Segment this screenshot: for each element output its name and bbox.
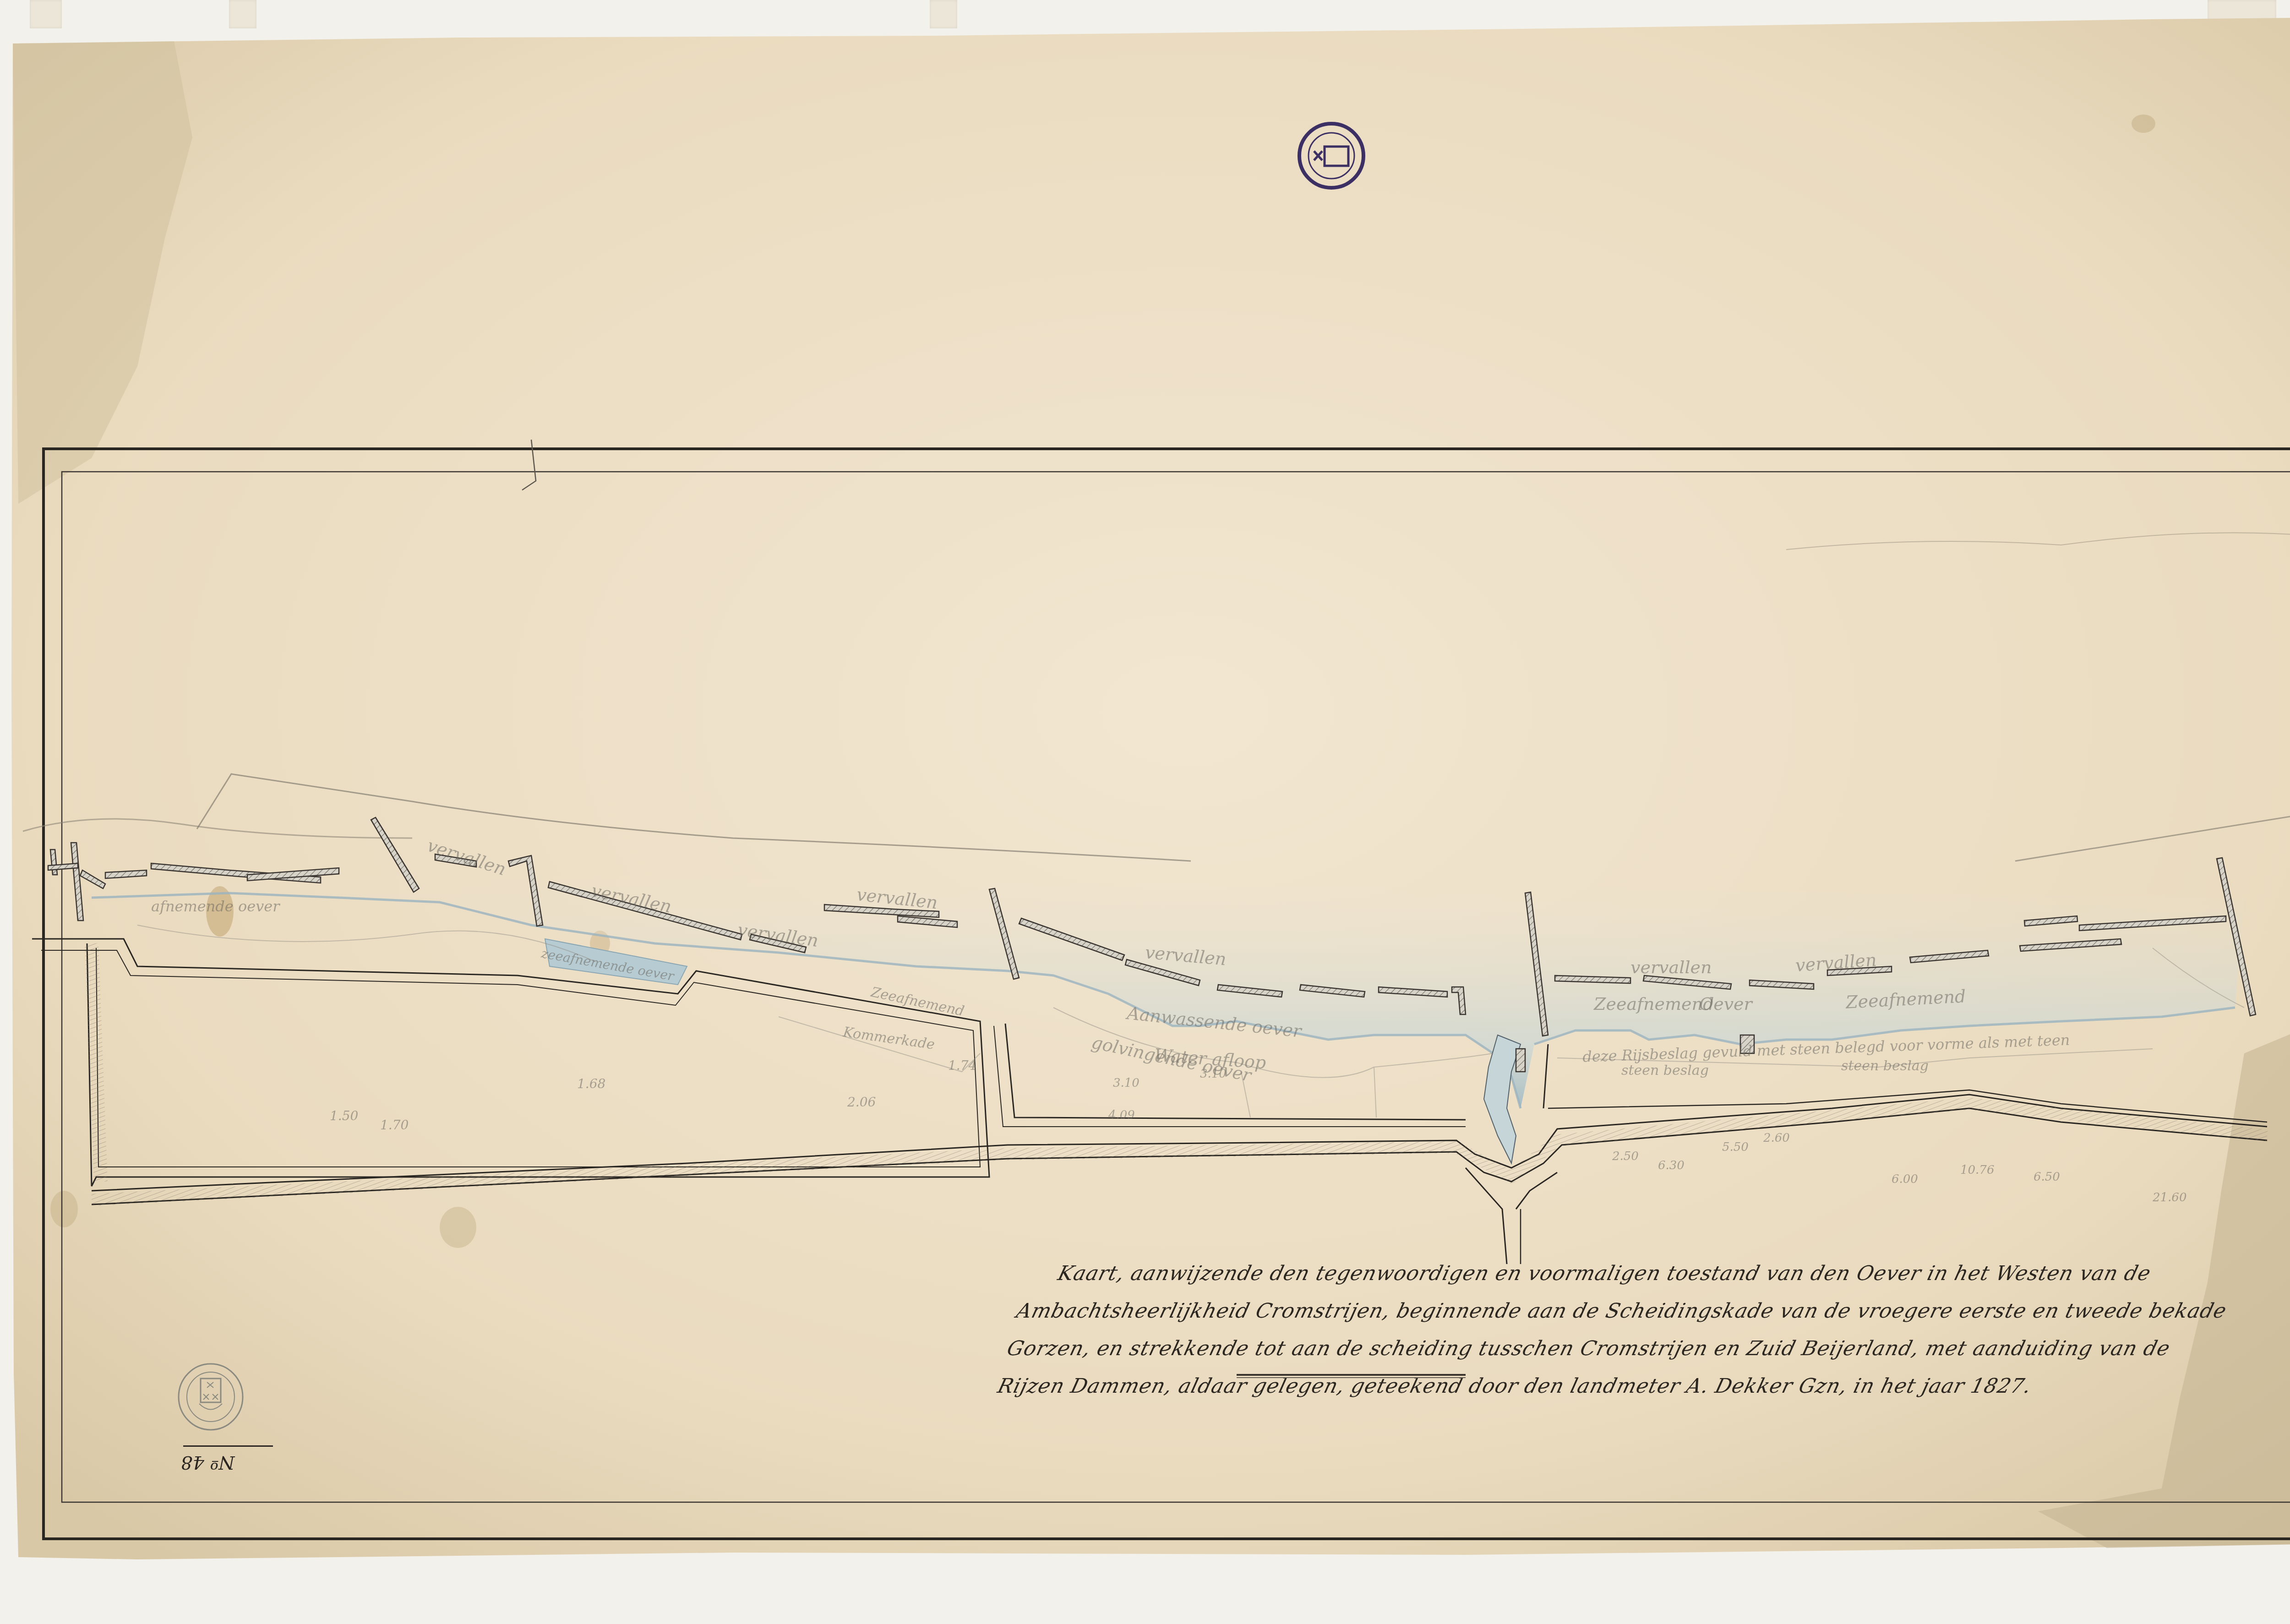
stain-spot <box>50 1191 78 1227</box>
sounding-value: 1.70 <box>380 1117 409 1133</box>
title-line: Ambachtsheerlijkheid Cromstrijen, beginn… <box>1012 1292 1722 1330</box>
sounding-value: 21.60 <box>2153 1191 2186 1204</box>
stain-spot <box>2132 114 2155 133</box>
pencil-annotation: vervallen <box>1630 957 1712 977</box>
sounding-value: 1.50 <box>330 1108 358 1123</box>
pencil-annotation: Oever <box>1699 994 1752 1014</box>
pencil-annotation: afnemende oever <box>151 898 279 915</box>
title-underline <box>1237 1374 1466 1378</box>
sounding-value: 6.00 <box>1892 1172 1918 1186</box>
sounding-value: 6.30 <box>1658 1159 1685 1172</box>
sounding-value: 2.06 <box>847 1095 876 1110</box>
map-sheet: vervallen vervallen vervallen vervallen … <box>0 0 2290 1624</box>
sounding-value: 2.50 <box>1612 1150 1639 1163</box>
sounding-value: 2.60 <box>1763 1131 1790 1145</box>
title-cartouche: Kaart, aanwijzende den tegenwoordigen en… <box>1007 1255 1732 1405</box>
archive-rule <box>183 1445 273 1447</box>
title-line: Gorzen, en strekkende tot aan de scheidi… <box>1003 1330 1713 1368</box>
groyne <box>1516 1049 1525 1072</box>
sounding-value: 3.10 <box>1200 1067 1227 1081</box>
pencil-annotation: Zeeafnemend <box>1594 994 1714 1014</box>
pencil-annotation: steen beslag <box>1621 1063 1709 1079</box>
sounding-value: 4.09 <box>1108 1108 1135 1122</box>
sounding-value: 1.74 <box>948 1058 976 1073</box>
sounding-value: 3.10 <box>1113 1076 1140 1090</box>
sounding-value: 1.68 <box>577 1076 605 1091</box>
archive-number: Nº 48 <box>181 1452 234 1473</box>
stain-spot <box>440 1207 476 1248</box>
pencil-annotation: steen beslag <box>1841 1058 1929 1074</box>
title-line: Rijzen Dammen, aldaar gelegen, geteekend… <box>993 1368 1703 1405</box>
sounding-value: 10.76 <box>1960 1163 1994 1177</box>
title-line: Kaart, aanwijzende den tegenwoordigen en… <box>1035 1255 1731 1292</box>
sounding-value: 5.50 <box>1722 1140 1749 1154</box>
sounding-value: 6.50 <box>2034 1170 2060 1184</box>
